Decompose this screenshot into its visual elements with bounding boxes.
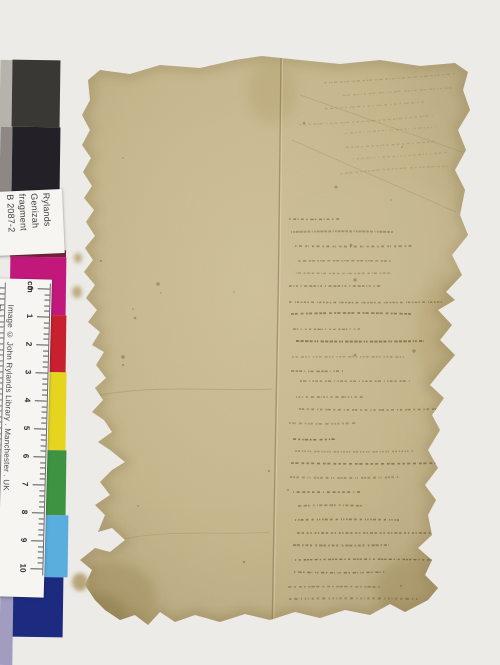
cm-tick <box>36 372 48 373</box>
cm-tick <box>34 428 46 429</box>
cm-tick <box>32 512 44 513</box>
mm-tick <box>41 422 46 423</box>
mm-tick <box>39 490 44 491</box>
manuscript-fragment <box>0 0 500 665</box>
mm-tick <box>42 406 47 407</box>
mm-tick <box>44 322 49 323</box>
cm-tick <box>38 288 50 289</box>
label-line-shelfmark: B 2087-2 <box>4 194 19 252</box>
mm-tick <box>41 411 46 412</box>
mm-tick <box>38 557 43 558</box>
mm-tick <box>41 439 46 440</box>
ruler-number: 10 <box>18 563 27 572</box>
ruler-unit-label: cm <box>26 281 35 293</box>
mm-tick <box>39 495 44 496</box>
detached-fragment-bits <box>72 253 88 591</box>
mm-tick <box>44 333 49 334</box>
cm-tick <box>30 568 42 569</box>
mm-tick <box>44 305 49 306</box>
ruler-number: 9 <box>19 538 28 543</box>
mm-tick <box>39 518 44 519</box>
cm-ruler-card: 012345678910cm Image © John Rylands Libr… <box>0 278 52 598</box>
mm-tick <box>38 546 43 547</box>
shelfmark-label-text: Rylands Genizah fragment B 2087-2 <box>4 192 54 252</box>
cm-tick <box>31 540 43 541</box>
mm-tick <box>38 529 43 530</box>
mm-tick <box>41 434 46 435</box>
mm-tick <box>40 462 45 463</box>
ruler-number: 7 <box>21 482 30 487</box>
mm-tick <box>38 551 43 552</box>
mm-tick <box>38 534 43 535</box>
cm-tick <box>0 287 5 288</box>
mm-tick <box>0 298 4 299</box>
ruler-number: 1 <box>25 314 34 319</box>
mm-tick <box>43 366 48 367</box>
mm-tick <box>43 350 48 351</box>
mm-tick <box>43 361 48 362</box>
mm-tick <box>44 327 49 328</box>
cm-tick <box>36 344 48 345</box>
ruler-number: 2 <box>24 342 33 347</box>
cm-tick <box>35 400 47 401</box>
ruler-credits: Image © John Rylands Library . Mancheste… <box>0 304 17 590</box>
mm-tick <box>41 417 46 418</box>
mm-tick <box>42 389 47 390</box>
mm-tick <box>45 294 50 295</box>
mm-tick <box>40 467 45 468</box>
ruler-number: 8 <box>20 510 29 515</box>
mm-tick <box>43 338 48 339</box>
mm-tick <box>42 383 47 384</box>
mm-tick <box>40 450 45 451</box>
mm-tick <box>39 523 44 524</box>
mm-tick <box>41 445 46 446</box>
ruler-number: 3 <box>23 370 32 375</box>
ruler-number: 6 <box>21 454 30 459</box>
cm-tick <box>33 456 45 457</box>
ruler-number: 5 <box>22 426 31 431</box>
mm-tick <box>39 506 44 507</box>
mm-tick <box>40 473 45 474</box>
mm-tick <box>42 378 47 379</box>
mm-tick <box>0 293 5 294</box>
ruler-number: 4 <box>23 398 32 403</box>
cm-tick <box>33 484 45 485</box>
mm-tick <box>39 501 44 502</box>
mm-tick <box>43 355 48 356</box>
mm-tick <box>44 299 49 300</box>
mm-tick <box>38 562 43 563</box>
mm-tick <box>42 394 47 395</box>
shelfmark-label-card: Rylands Genizah fragment B 2087-2 <box>0 189 65 256</box>
mm-tick <box>44 310 49 311</box>
cm-tick <box>37 316 49 317</box>
mm-tick <box>40 478 45 479</box>
